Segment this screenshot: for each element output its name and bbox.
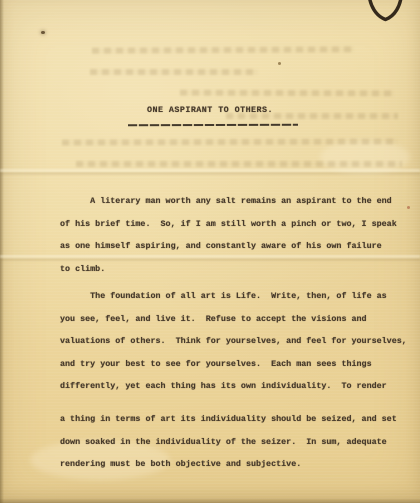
- ink-speck: [278, 62, 281, 65]
- show-through-line: [76, 161, 402, 167]
- text-line: valuations of others. Think for yourselv…: [60, 330, 416, 353]
- text-line: you see, feel, and live it. Refuse to ac…: [60, 308, 416, 331]
- text-line: differently, yet each thing has its own …: [60, 375, 416, 398]
- ink-speck: [41, 31, 45, 34]
- text-line: of his brief time. So, if I am still wor…: [60, 213, 416, 236]
- pen-loop-mark: [360, 0, 410, 27]
- document-page: ONE ASPIRANT TO OTHERS. A literary man w…: [0, 0, 420, 503]
- text-line: a thing in terms of art its individualit…: [60, 408, 416, 431]
- text-line: to climb.: [60, 258, 416, 281]
- show-through-line: [180, 90, 394, 97]
- show-through-line: [62, 138, 398, 145]
- text-line: The foundation of all art is Life. Write…: [60, 285, 416, 308]
- paper-left-edge: [0, 0, 4, 503]
- show-through-line: [90, 69, 258, 75]
- text-line: as one himself aspiring, and constantly …: [60, 235, 416, 258]
- title-underline: [128, 124, 298, 126]
- show-through-line: [92, 46, 354, 53]
- text-line: and try your best to see for yourselves.…: [60, 353, 416, 376]
- document-title: ONE ASPIRANT TO OTHERS.: [0, 104, 420, 116]
- text-line: down soaked in the individuality of the …: [60, 431, 416, 454]
- text-line: rendering must be both objective and sub…: [60, 453, 416, 476]
- paragraph-2: The foundation of all art is Life. Write…: [60, 285, 416, 398]
- paragraph-2-continued: a thing in terms of art its individualit…: [60, 408, 416, 476]
- paragraph-1: A literary man worth any salt remains an…: [60, 190, 416, 280]
- text-line: A literary man worth any salt remains an…: [60, 190, 416, 213]
- paper-bottom-edge: [0, 498, 420, 503]
- paper-wrinkle: [320, 140, 410, 174]
